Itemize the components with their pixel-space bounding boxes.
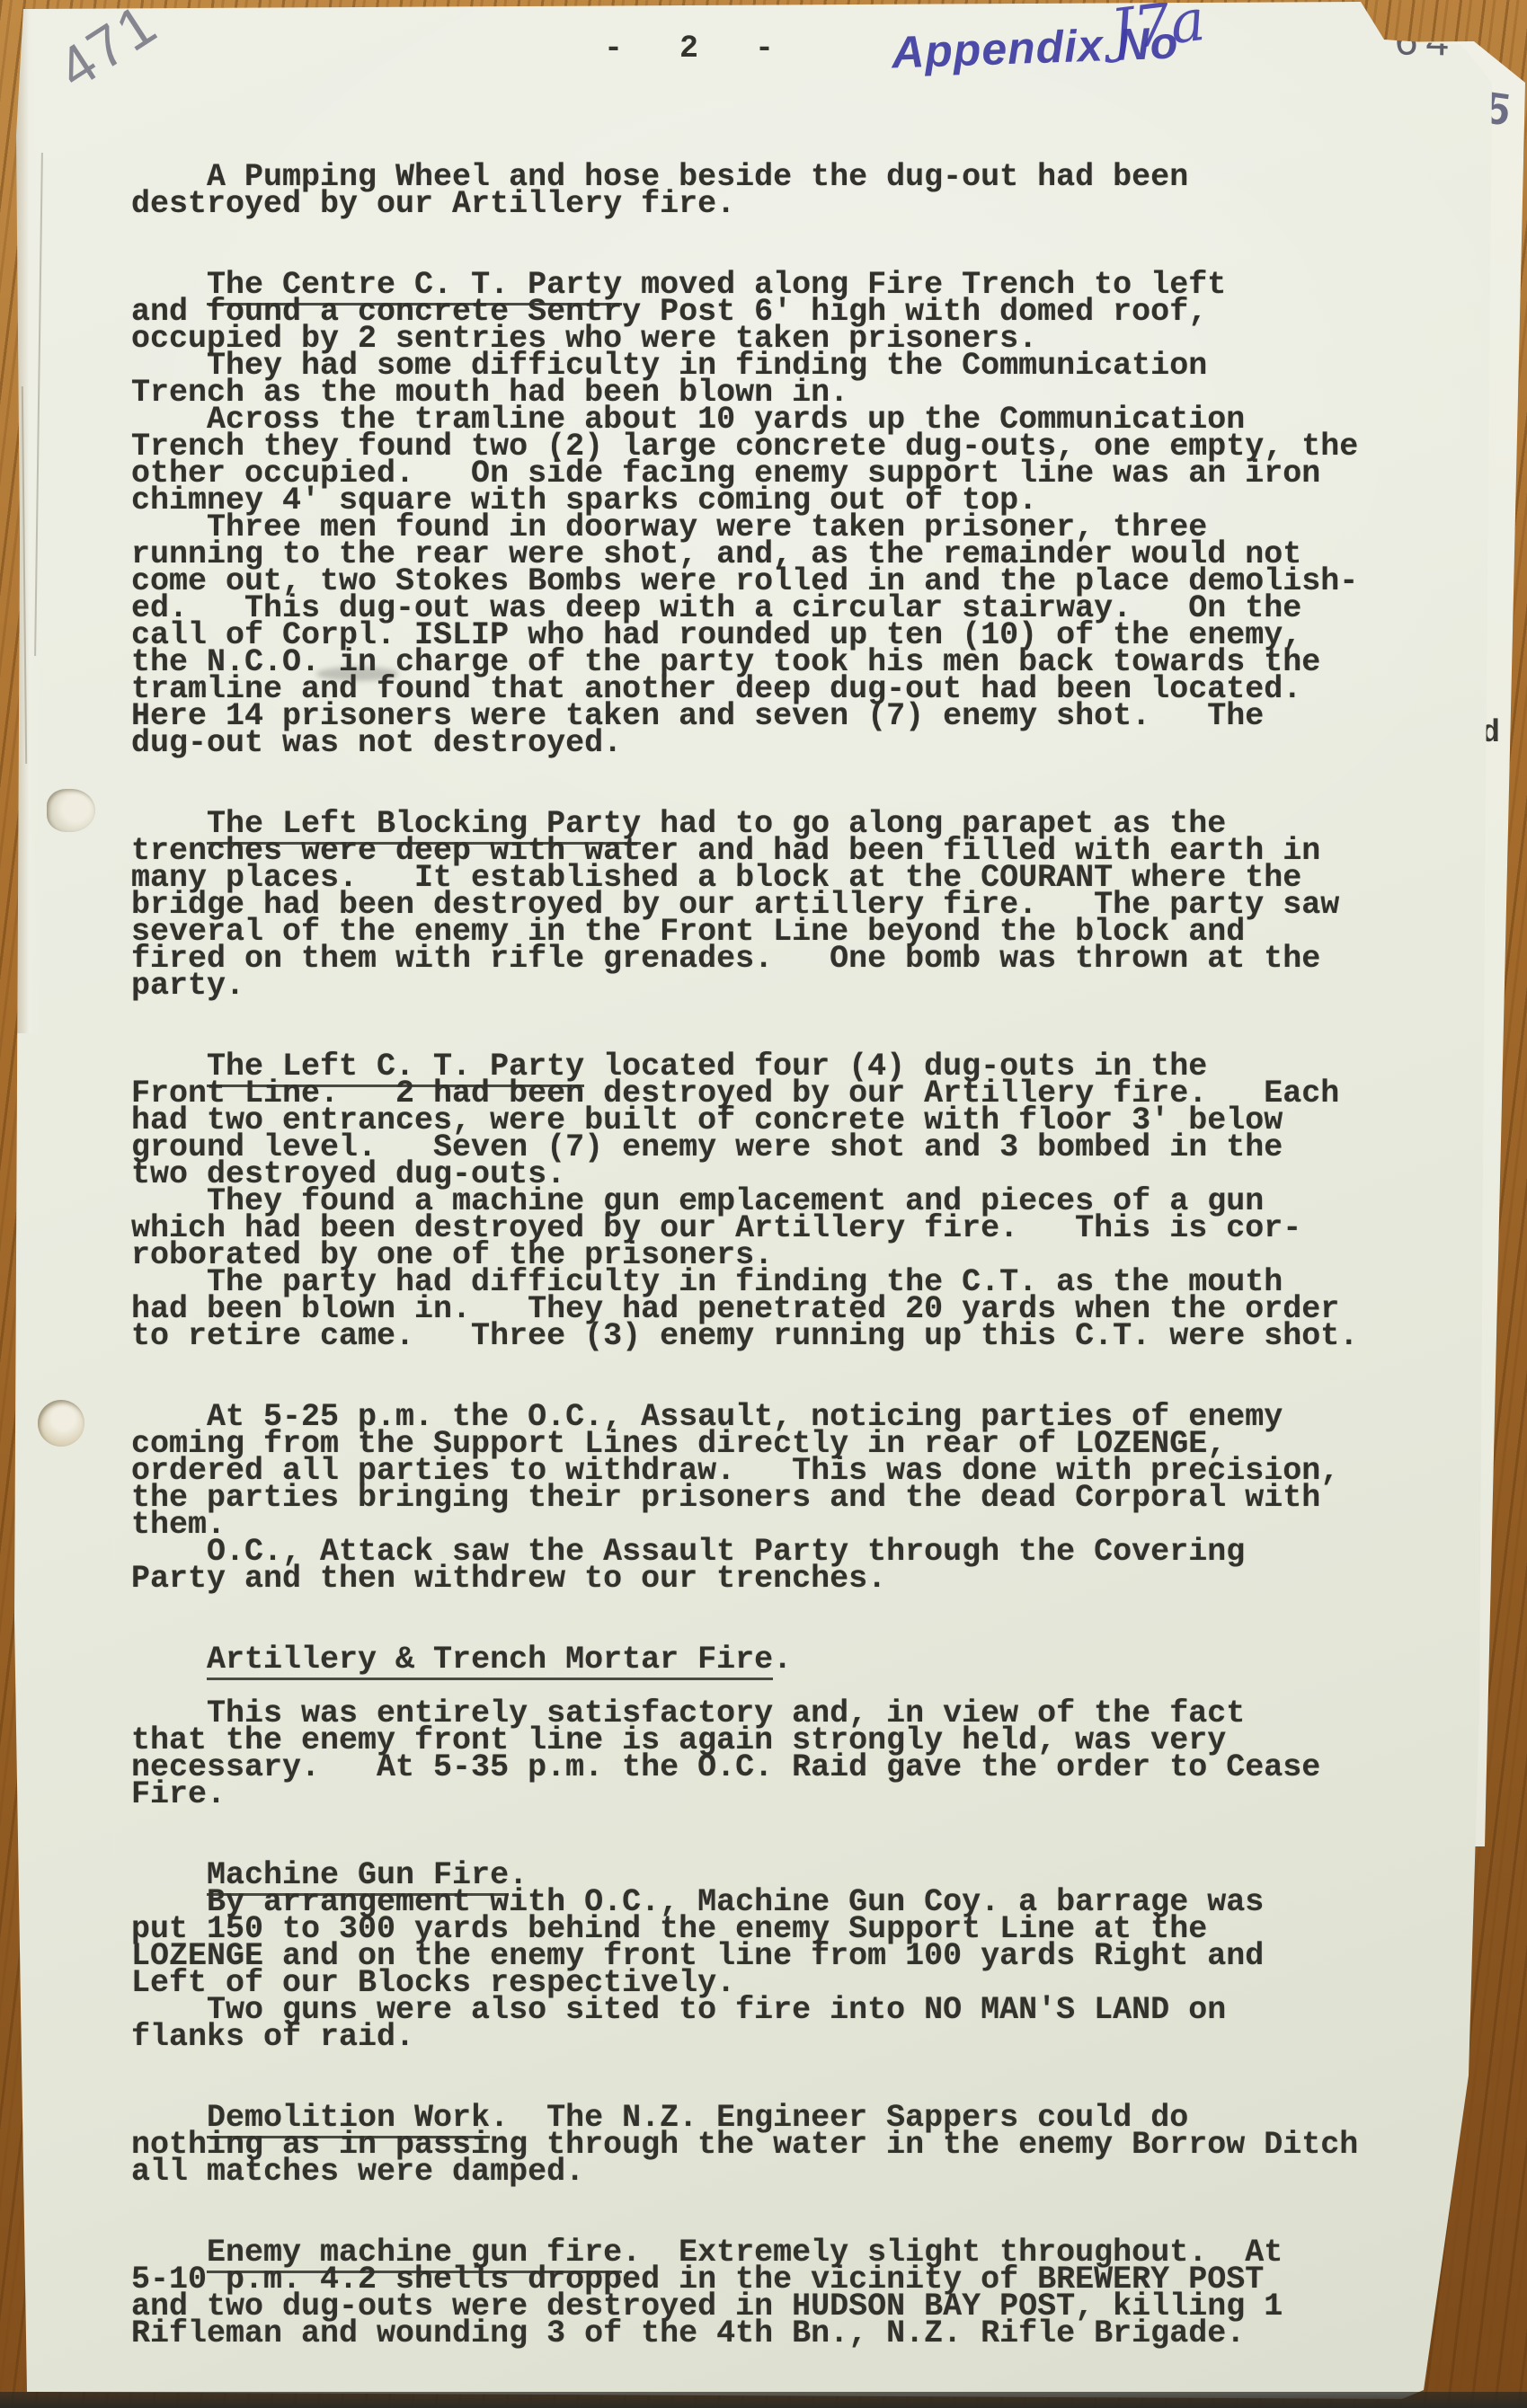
text-line: Party and then withdrew to our trenches. <box>131 1565 1493 1592</box>
text-segment: . <box>773 1642 792 1678</box>
text-segment <box>131 1642 207 1678</box>
text-line: Rifleman and wounding 3 of the 4th Bn., … <box>131 2320 1493 2347</box>
text-line: Artillery & Trench Mortar Fire. <box>131 1646 1493 1673</box>
text-line: to retire came. Three (3) enemy running … <box>131 1323 1493 1350</box>
text-line: fired on them with rifle grenades. One b… <box>131 945 1493 972</box>
bottom-shadow-strip <box>0 2392 1527 2408</box>
text-line: necessary. At 5-35 p.m. the O.C. Raid ga… <box>131 1754 1493 1781</box>
text-block: A Pumping Wheel and hose beside the dug-… <box>131 164 1493 2347</box>
handwritten-page-ref: 471 <box>46 0 169 102</box>
appendix-handwritten-ref: J7a <box>1107 0 1209 65</box>
page-number: - 2 - <box>604 31 774 66</box>
punch-hole <box>47 789 95 832</box>
text-line <box>131 999 1493 1026</box>
text-line <box>131 1808 1493 1835</box>
punch-hole <box>38 1400 84 1447</box>
text-line: the parties bringing their prisoners and… <box>131 1484 1493 1511</box>
paper-sheet: 471 - 2 - Appendix No J7a 64 A Pumping W… <box>0 0 1527 2408</box>
underlined-heading: Artillery & Trench Mortar Fire <box>207 1642 773 1680</box>
